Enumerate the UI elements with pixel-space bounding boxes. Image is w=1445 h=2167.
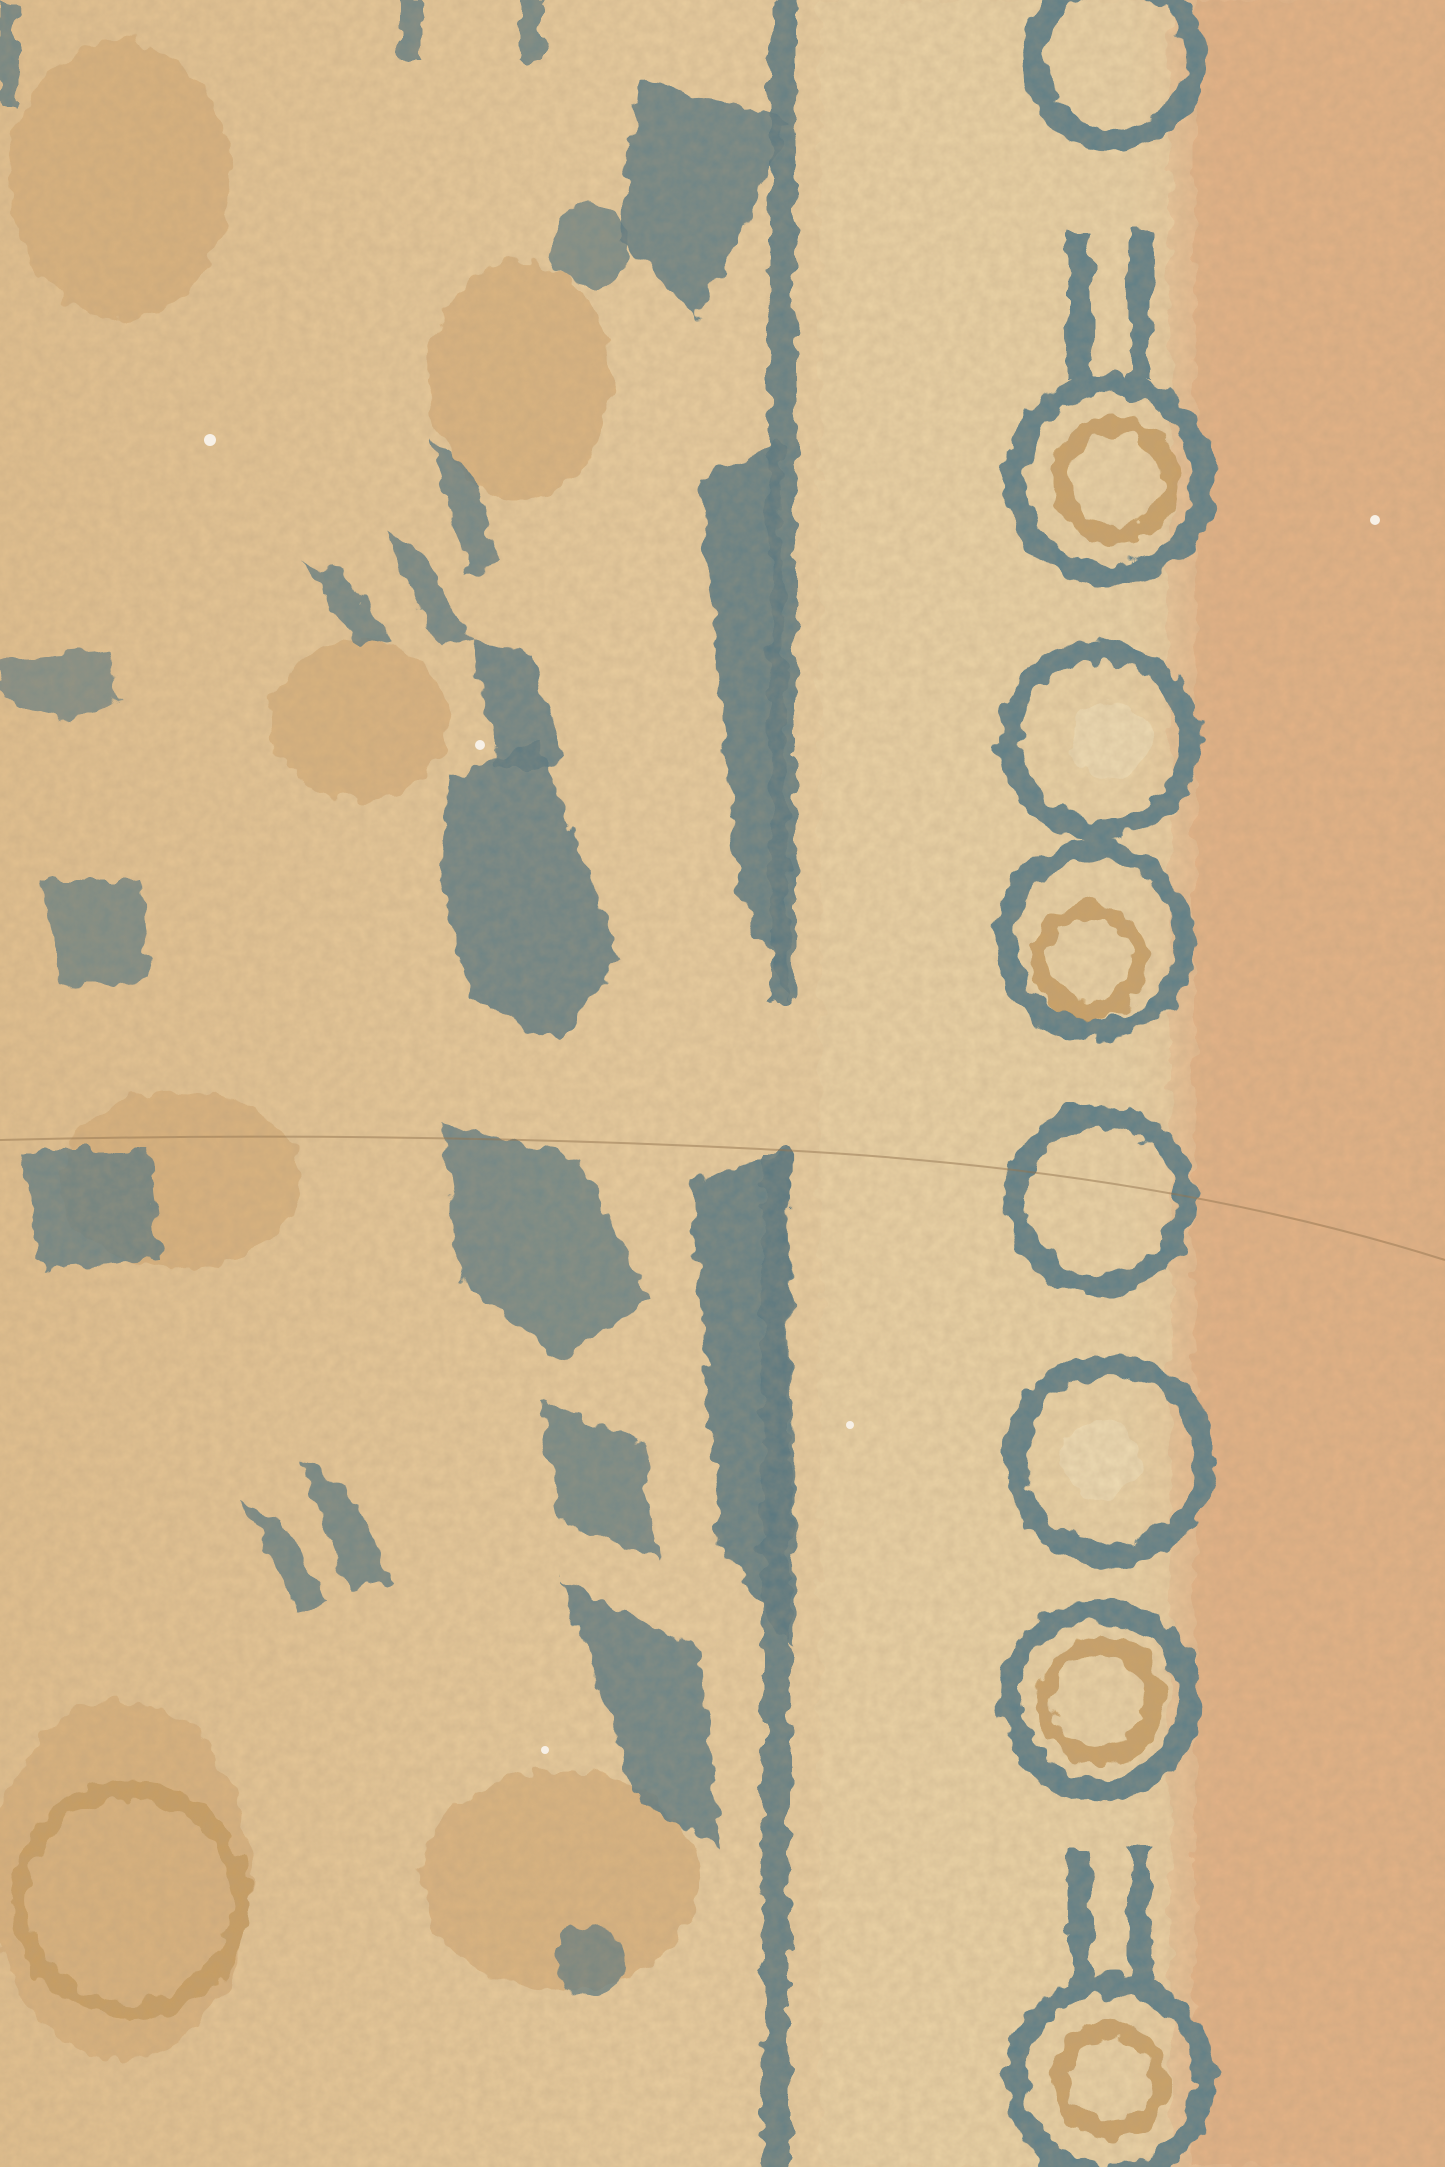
rug-texture-illustration bbox=[0, 0, 1445, 2167]
wool-texture-overlay bbox=[0, 0, 1445, 2167]
rug-photo bbox=[0, 0, 1445, 2167]
